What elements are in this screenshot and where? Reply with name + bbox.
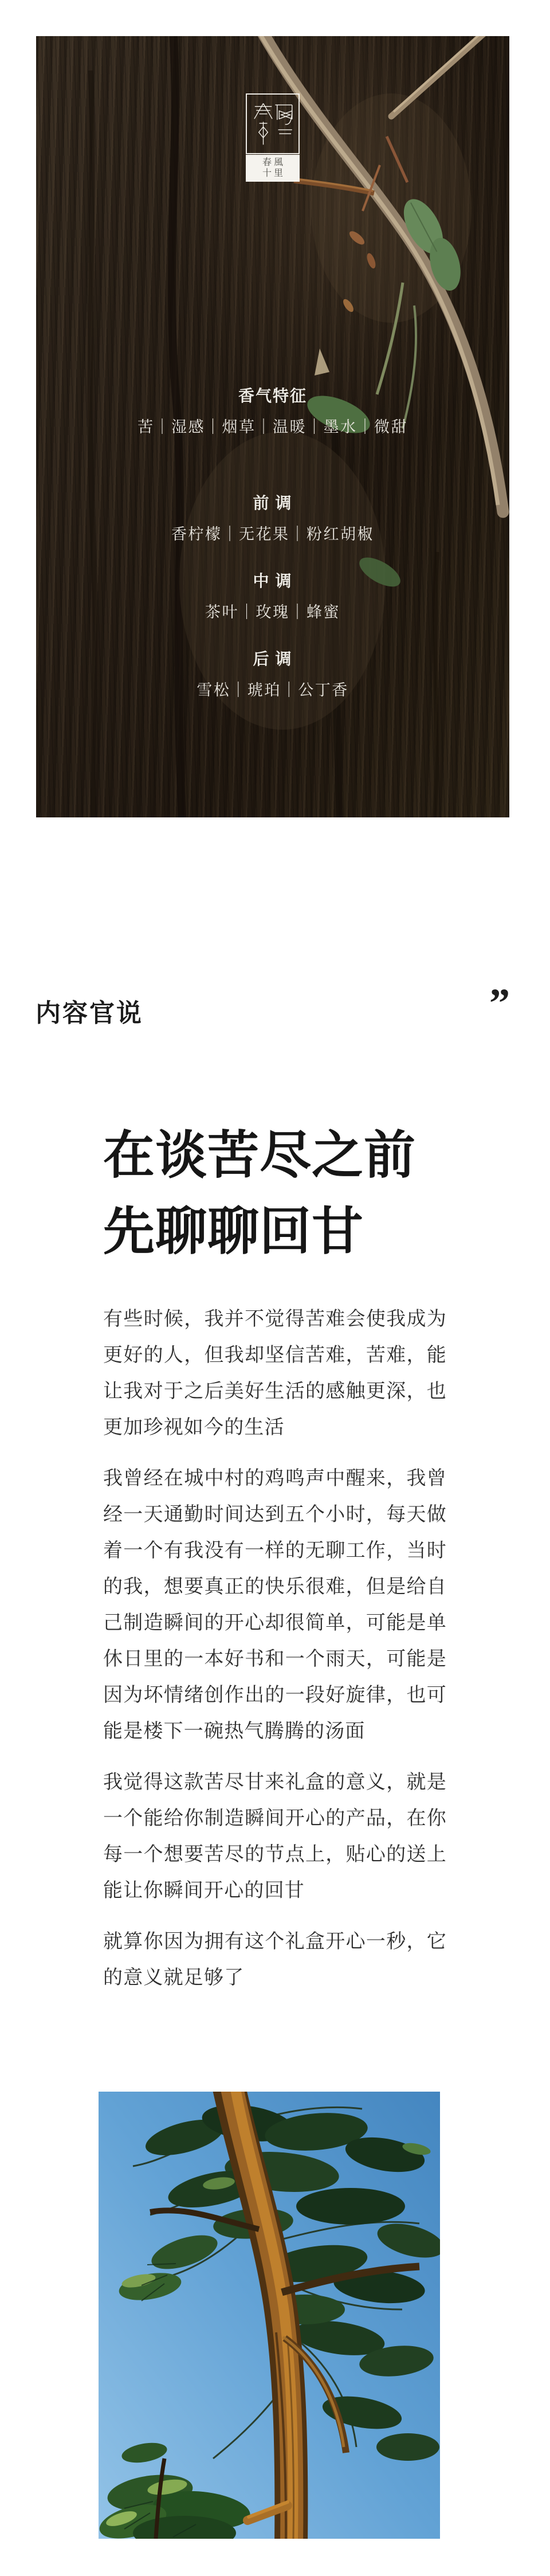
pine-tree-photo: [99, 2092, 440, 2539]
scent-base-notes-title: 后 调: [36, 648, 509, 671]
brand-seal-icon: [246, 93, 300, 154]
editor-note-section: 内容官说 ” 在谈苦尽之前 先聊聊回甘 有些时候，我并不觉得苦难会使我成为更好的…: [0, 817, 550, 2092]
note-paragraph-2: 我曾经在城中村的鸡鸣声中醒来，我曾经一天通勤时间达到五个小时，每天做着一个有我没…: [103, 1461, 447, 1749]
note-title-line1: 在谈苦尽之前: [103, 1118, 458, 1194]
brand-caption-line2: 十里: [246, 168, 300, 179]
tree-bark-photo: 春風 十里 香气特征 苦｜湿感｜烟草｜温暖｜墨水｜微甜 前 调 香柠檬｜无花果｜…: [36, 36, 509, 817]
scent-middle-notes-list: 茶叶｜玫瑰｜蜂蜜: [36, 601, 509, 624]
note-title-line2: 先聊聊回甘: [103, 1194, 458, 1270]
note-title: 在谈苦尽之前 先聊聊回甘: [103, 1118, 458, 1270]
editor-note-label: 内容官说: [36, 992, 143, 1029]
scent-features-title: 香气特征: [36, 385, 509, 408]
scent-top-notes-block: 前 调 香柠檬｜无花果｜粉红胡椒: [36, 492, 509, 546]
brand-caption-line1: 春風: [246, 157, 300, 168]
closing-quote-mark: ”: [489, 982, 510, 1024]
note-paragraph-3: 我觉得这款苦尽甘来礼盒的意义，就是一个能给你制造瞬间开心的产品，在你每一个想要苦…: [103, 1764, 447, 1909]
brand-logo: 春風 十里: [246, 93, 300, 182]
scent-notes-overlay: 香气特征 苦｜湿感｜烟草｜温暖｜墨水｜微甜 前 调 香柠檬｜无花果｜粉红胡椒 中…: [36, 385, 509, 702]
scent-top-notes-list: 香柠檬｜无花果｜粉红胡椒: [36, 523, 509, 546]
brand-caption: 春風 十里: [246, 155, 300, 182]
note-body: 有些时候，我并不觉得苦难会使我成为更好的人，但我却坚信苦难，苦难，能让我对于之后…: [103, 1301, 447, 1996]
scent-middle-notes-title: 中 调: [36, 570, 509, 593]
scent-features-block: 香气特征 苦｜湿感｜烟草｜温暖｜墨水｜微甜: [36, 385, 509, 439]
pine-tree-art: [99, 2092, 440, 2539]
scent-base-notes-list: 雪松｜琥珀｜公丁香: [36, 679, 509, 702]
scent-features-list: 苦｜湿感｜烟草｜温暖｜墨水｜微甜: [36, 416, 509, 439]
scent-middle-notes-block: 中 调 茶叶｜玫瑰｜蜂蜜: [36, 570, 509, 624]
note-paragraph-1: 有些时候，我并不觉得苦难会使我成为更好的人，但我却坚信苦难，苦难，能让我对于之后…: [103, 1301, 447, 1446]
scent-base-notes-block: 后 调 雪松｜琥珀｜公丁香: [36, 648, 509, 702]
scent-top-notes-title: 前 调: [36, 492, 509, 515]
product-detail-page: 春風 十里 香气特征 苦｜湿感｜烟草｜温暖｜墨水｜微甜 前 调 香柠檬｜无花果｜…: [0, 0, 550, 2576]
note-paragraph-4: 就算你因为拥有这个礼盒开心一秒，它的意义就足够了: [103, 1924, 447, 1996]
